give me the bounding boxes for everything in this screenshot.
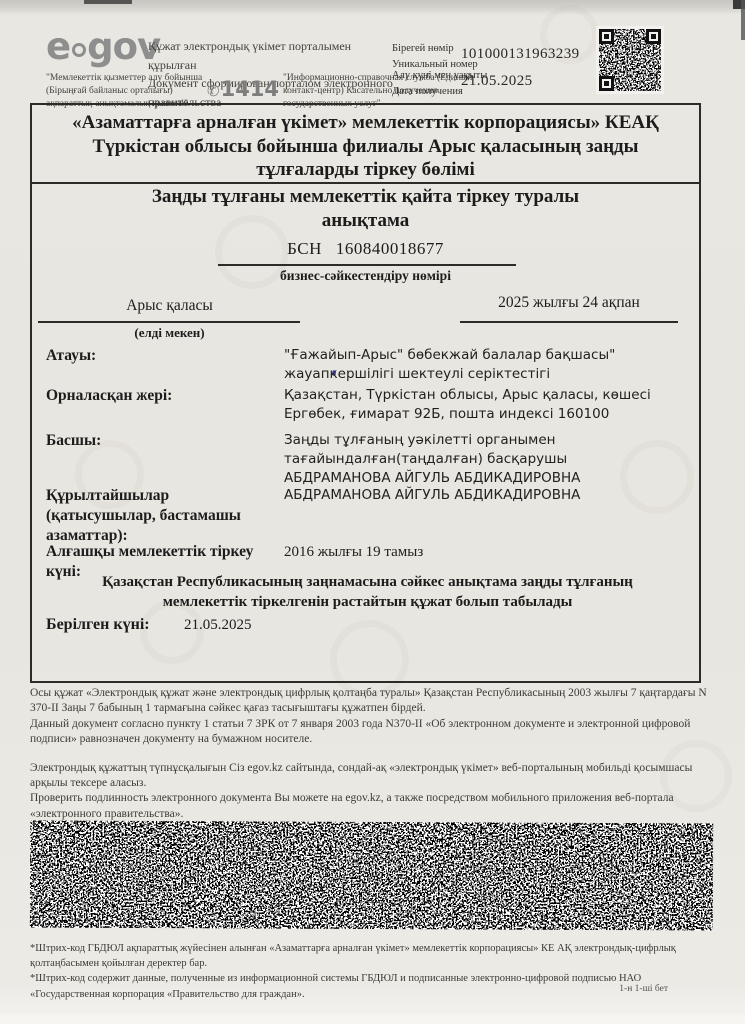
issued-date-value: 21.05.2025	[184, 617, 252, 634]
signature-barcode-strip	[30, 820, 716, 932]
field-value-first-registration: 2016 жылғы 19 тамыз	[284, 542, 676, 563]
field-label-location: Орналасқан жері:	[46, 386, 256, 406]
document-date: 2025 жылғы 24 ақпан	[456, 294, 682, 312]
place-caption: (елді мекен)	[42, 325, 297, 341]
date-underline	[460, 321, 678, 323]
footer-notes: *Штрих-код ГБДЮЛ ақпараттық жүйесінен ал…	[30, 941, 685, 1002]
egov-logo-circle-icon	[72, 43, 86, 57]
bsn-label: БСН	[287, 239, 322, 258]
field-value-location: Қазақстан, Түркістан облысы, Арыс қаласы…	[284, 386, 676, 424]
legal-statement: Қазақстан Республикасының заңнамасына сә…	[66, 572, 669, 613]
egov-logo: egov	[46, 28, 160, 65]
document-title: Заңды тұлғаны мемлекеттік қайта тіркеу т…	[32, 185, 699, 234]
qr-code-icon	[596, 26, 664, 94]
unique-number-value: 101000131963239	[461, 46, 580, 63]
footer-note-kk: *Штрих-код ГБДЮЛ ақпараттық жүйесінен ал…	[30, 941, 685, 971]
field-value-founders: АБДРАМАНОВА АЙГУЛЬ АБДИКАДИРОВНА	[284, 486, 676, 505]
place-value: Арыс қаласы	[42, 297, 297, 315]
field-label-founders: Құрылтайшылар (қатысушылар, бастамашы аз…	[46, 486, 256, 546]
legal-paragraph-kk-1: Осы құжат «Электрондық құжат және электр…	[30, 686, 714, 717]
field-label-name: Атауы:	[46, 346, 256, 366]
legal-paragraph-ru-1: Данный документ согласно пункту 1 статьи…	[30, 717, 714, 748]
bsn-line: БСН160840018677	[32, 239, 699, 259]
scan-edge-light	[0, 1014, 745, 1024]
phone-icon: ✆	[207, 82, 220, 100]
page-number: 1-н 1-ші бет	[619, 984, 668, 994]
scan-artifact	[741, 0, 745, 40]
egov-logo-text-left: e	[46, 25, 70, 68]
receive-date-value: 21.05.2025	[461, 73, 533, 90]
field-value-name: "Ғажайып-Арыс" бөбекжай балалар бақшасы"…	[284, 346, 676, 384]
field-label-head: Басшы:	[46, 431, 256, 451]
scanned-document-page: egov Құжат электрондық үкімет порталымен…	[0, 0, 745, 1024]
certificate-box: «Азаматтарға арналған үкімет» мемлекетті…	[30, 103, 701, 683]
field-value-head: Заңды тұлғаның уәкілетті органымен тағай…	[284, 431, 676, 488]
legal-paragraph-ru-2: Проверить подлинность электронного докум…	[30, 791, 714, 822]
legal-notes: Осы құжат «Электрондық құжат және электр…	[30, 686, 714, 822]
bsn-caption: бизнес-сәйкестендіру нөмірі	[32, 268, 699, 284]
title-divider	[32, 182, 699, 184]
scan-artifact	[84, 0, 132, 4]
bsn-underline	[218, 264, 516, 266]
footer-note-ru: *Штрих-код содержит данные, полученные и…	[30, 971, 685, 1001]
place-underline	[38, 321, 300, 323]
organization-title: «Азаматтарға арналған үкімет» мемлекетті…	[32, 111, 699, 182]
legal-paragraph-kk-2: Электрондық құжаттың түпнұсқалығын Сіз e…	[30, 761, 714, 792]
issued-date-label: Берілген күні:	[46, 616, 150, 634]
portal-line-kk: Құжат электрондық үкімет порталымен құры…	[148, 37, 398, 74]
bsn-value: 160840018677	[336, 239, 444, 258]
barcode-blocks	[30, 820, 716, 932]
contact-phone: ✆1414	[207, 77, 279, 101]
phone-number: 1414	[221, 77, 279, 101]
